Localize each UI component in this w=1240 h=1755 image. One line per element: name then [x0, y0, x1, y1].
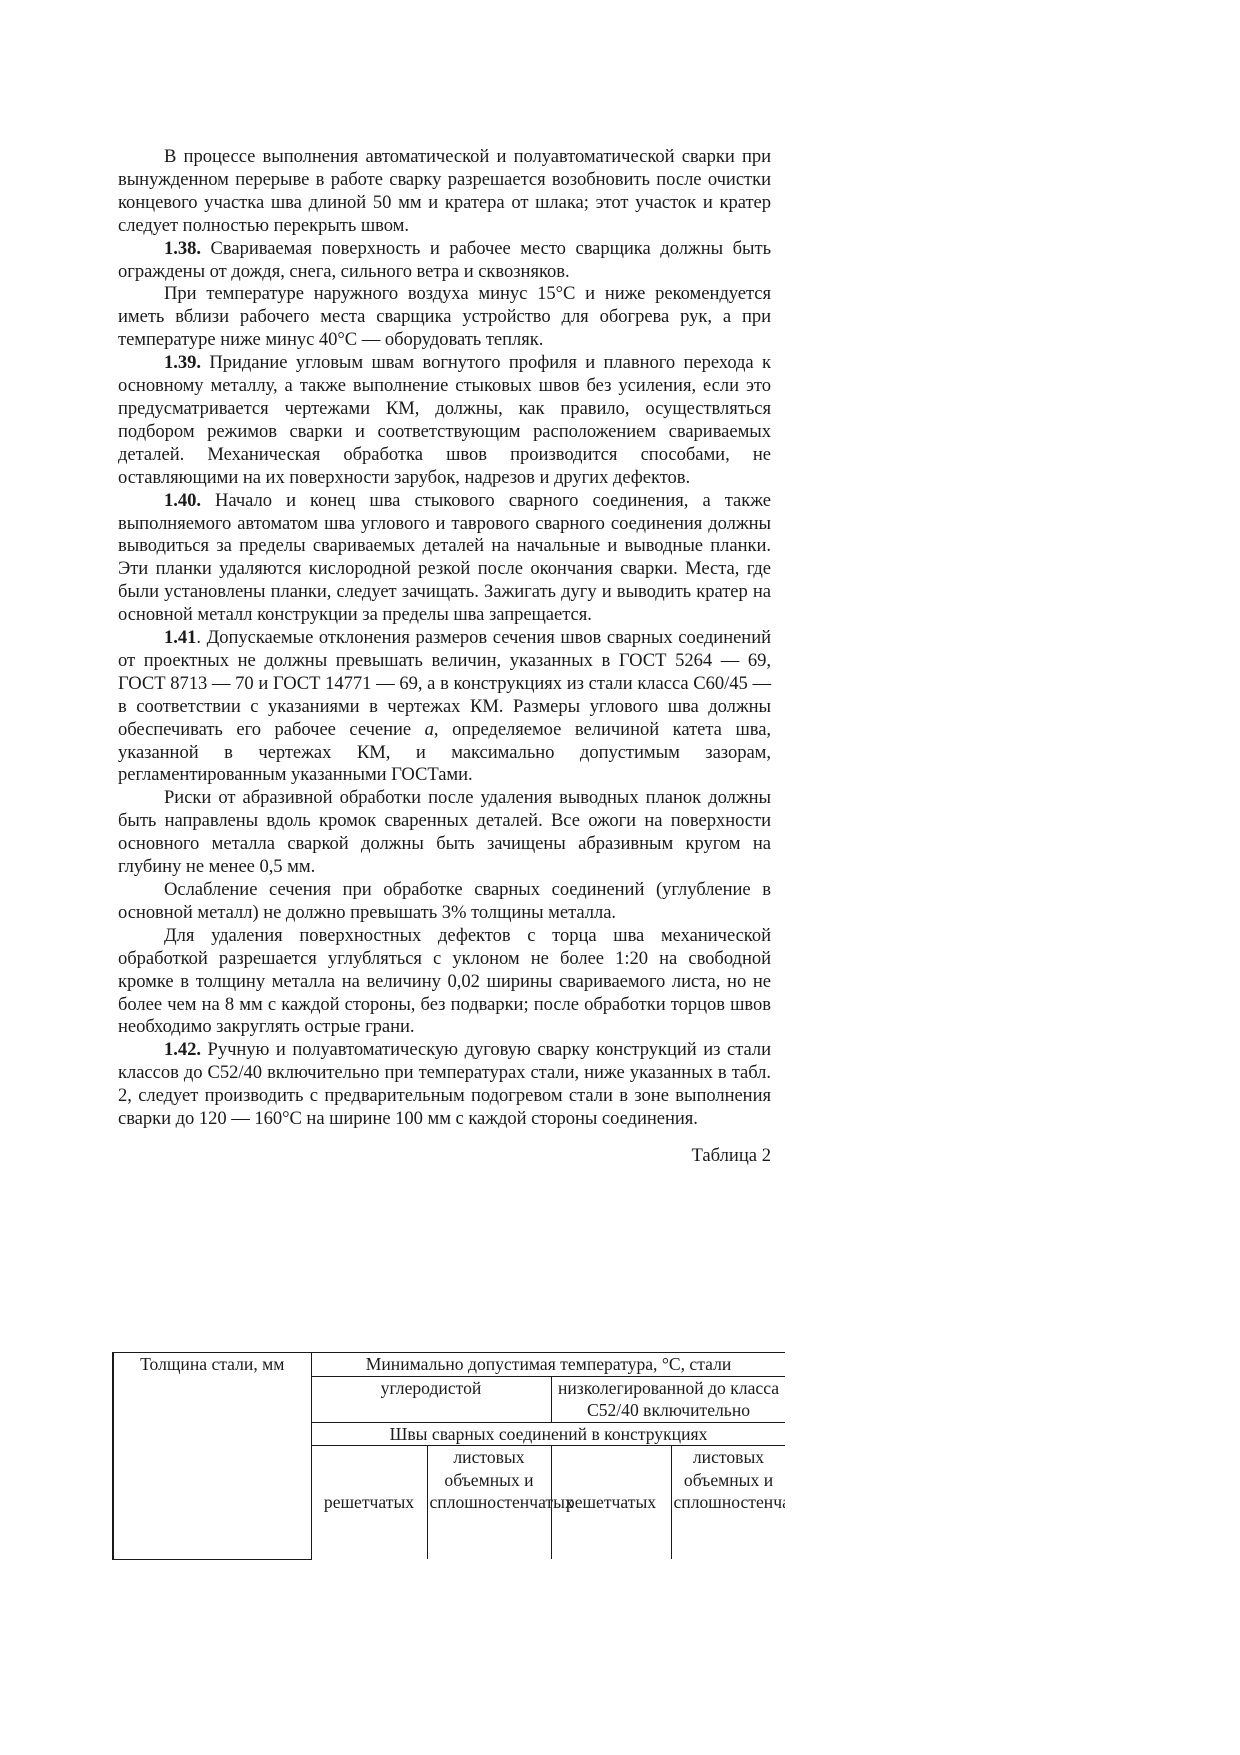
clause-number: 1.38.	[164, 238, 201, 259]
table-caption: Таблица 2	[118, 1145, 771, 1168]
subheader-sheet-carbon: листовых объемных и сплошностенчатых	[427, 1446, 551, 1560]
paragraph-text: При температуре наружного воздуха минус …	[118, 283, 771, 350]
table-2-container: Толщина стали, мм Минимально допустимая …	[112, 1352, 785, 1588]
header-low-alloy-steel: низколегированной до класса С52/40 включ…	[551, 1376, 785, 1422]
paragraph-low-temperature: При температуре наружного воздуха минус …	[118, 283, 771, 352]
subheader-lattice-low-alloy: решетчатых	[551, 1446, 671, 1560]
paragraph-1-42: 1.42. Ручную и полуавтоматическую дугову…	[118, 1039, 771, 1131]
subheader-sheet-low-alloy: листовых объемных и сплошностенчатых	[671, 1446, 785, 1560]
header-steel-thickness: Толщина стали, мм	[113, 1353, 311, 1560]
paragraph-text: Риски от абразивной обработки после удал…	[118, 787, 771, 877]
paragraph-1-40: 1.40. Начало и конец шва стыкового сварн…	[118, 490, 771, 627]
clause-number: 1.39.	[164, 352, 201, 373]
paragraph-text: Начало и конец шва стыкового сварного со…	[118, 490, 771, 626]
header-weld-seams: Швы сварных соединений в конструкциях	[311, 1422, 785, 1446]
paragraph-text: Ручную и полуавтоматическую дуговую свар…	[118, 1039, 771, 1129]
table-2: Толщина стали, мм Минимально допустимая …	[112, 1352, 785, 1560]
paragraph-1-38: 1.38. Свариваемая поверхность и рабочее …	[118, 238, 771, 284]
paragraph-1-39: 1.39. Придание угловым швам вогнутого пр…	[118, 352, 771, 489]
subheader-lattice-carbon: решетчатых	[311, 1446, 427, 1560]
header-min-temperature: Минимально допустимая температура, °С, с…	[311, 1353, 785, 1377]
clause-number: 1.42.	[164, 1039, 201, 1060]
document-page: В процессе выполнения автоматической и п…	[118, 146, 771, 1168]
clause-number: 1.41	[164, 627, 196, 648]
italic-symbol: а	[425, 719, 434, 740]
paragraph-text: Ослабление сечения при обработке сварных…	[118, 879, 771, 923]
paragraph-welding-pause: В процессе выполнения автоматической и п…	[118, 146, 771, 238]
paragraph-abrasive-marks: Риски от абразивной обработки после удал…	[118, 787, 771, 879]
paragraph-text: Свариваемая поверхность и рабочее место …	[118, 238, 771, 282]
header-carbon-steel: углеродистой	[311, 1376, 551, 1422]
paragraph-1-41: 1.41. Допускаемые отклонения размеров се…	[118, 627, 771, 787]
paragraph-text: Придание угловым швам вогнутого профиля …	[118, 352, 771, 488]
paragraph-text: Для удаления поверхностных дефектов с то…	[118, 925, 771, 1038]
paragraph-text: В процессе выполнения автоматической и п…	[118, 146, 771, 236]
paragraph-section-weakening: Ослабление сечения при обработке сварных…	[118, 879, 771, 925]
clause-number: 1.40.	[164, 490, 201, 511]
paragraph-defect-removal: Для удаления поверхностных дефектов с то…	[118, 925, 771, 1040]
